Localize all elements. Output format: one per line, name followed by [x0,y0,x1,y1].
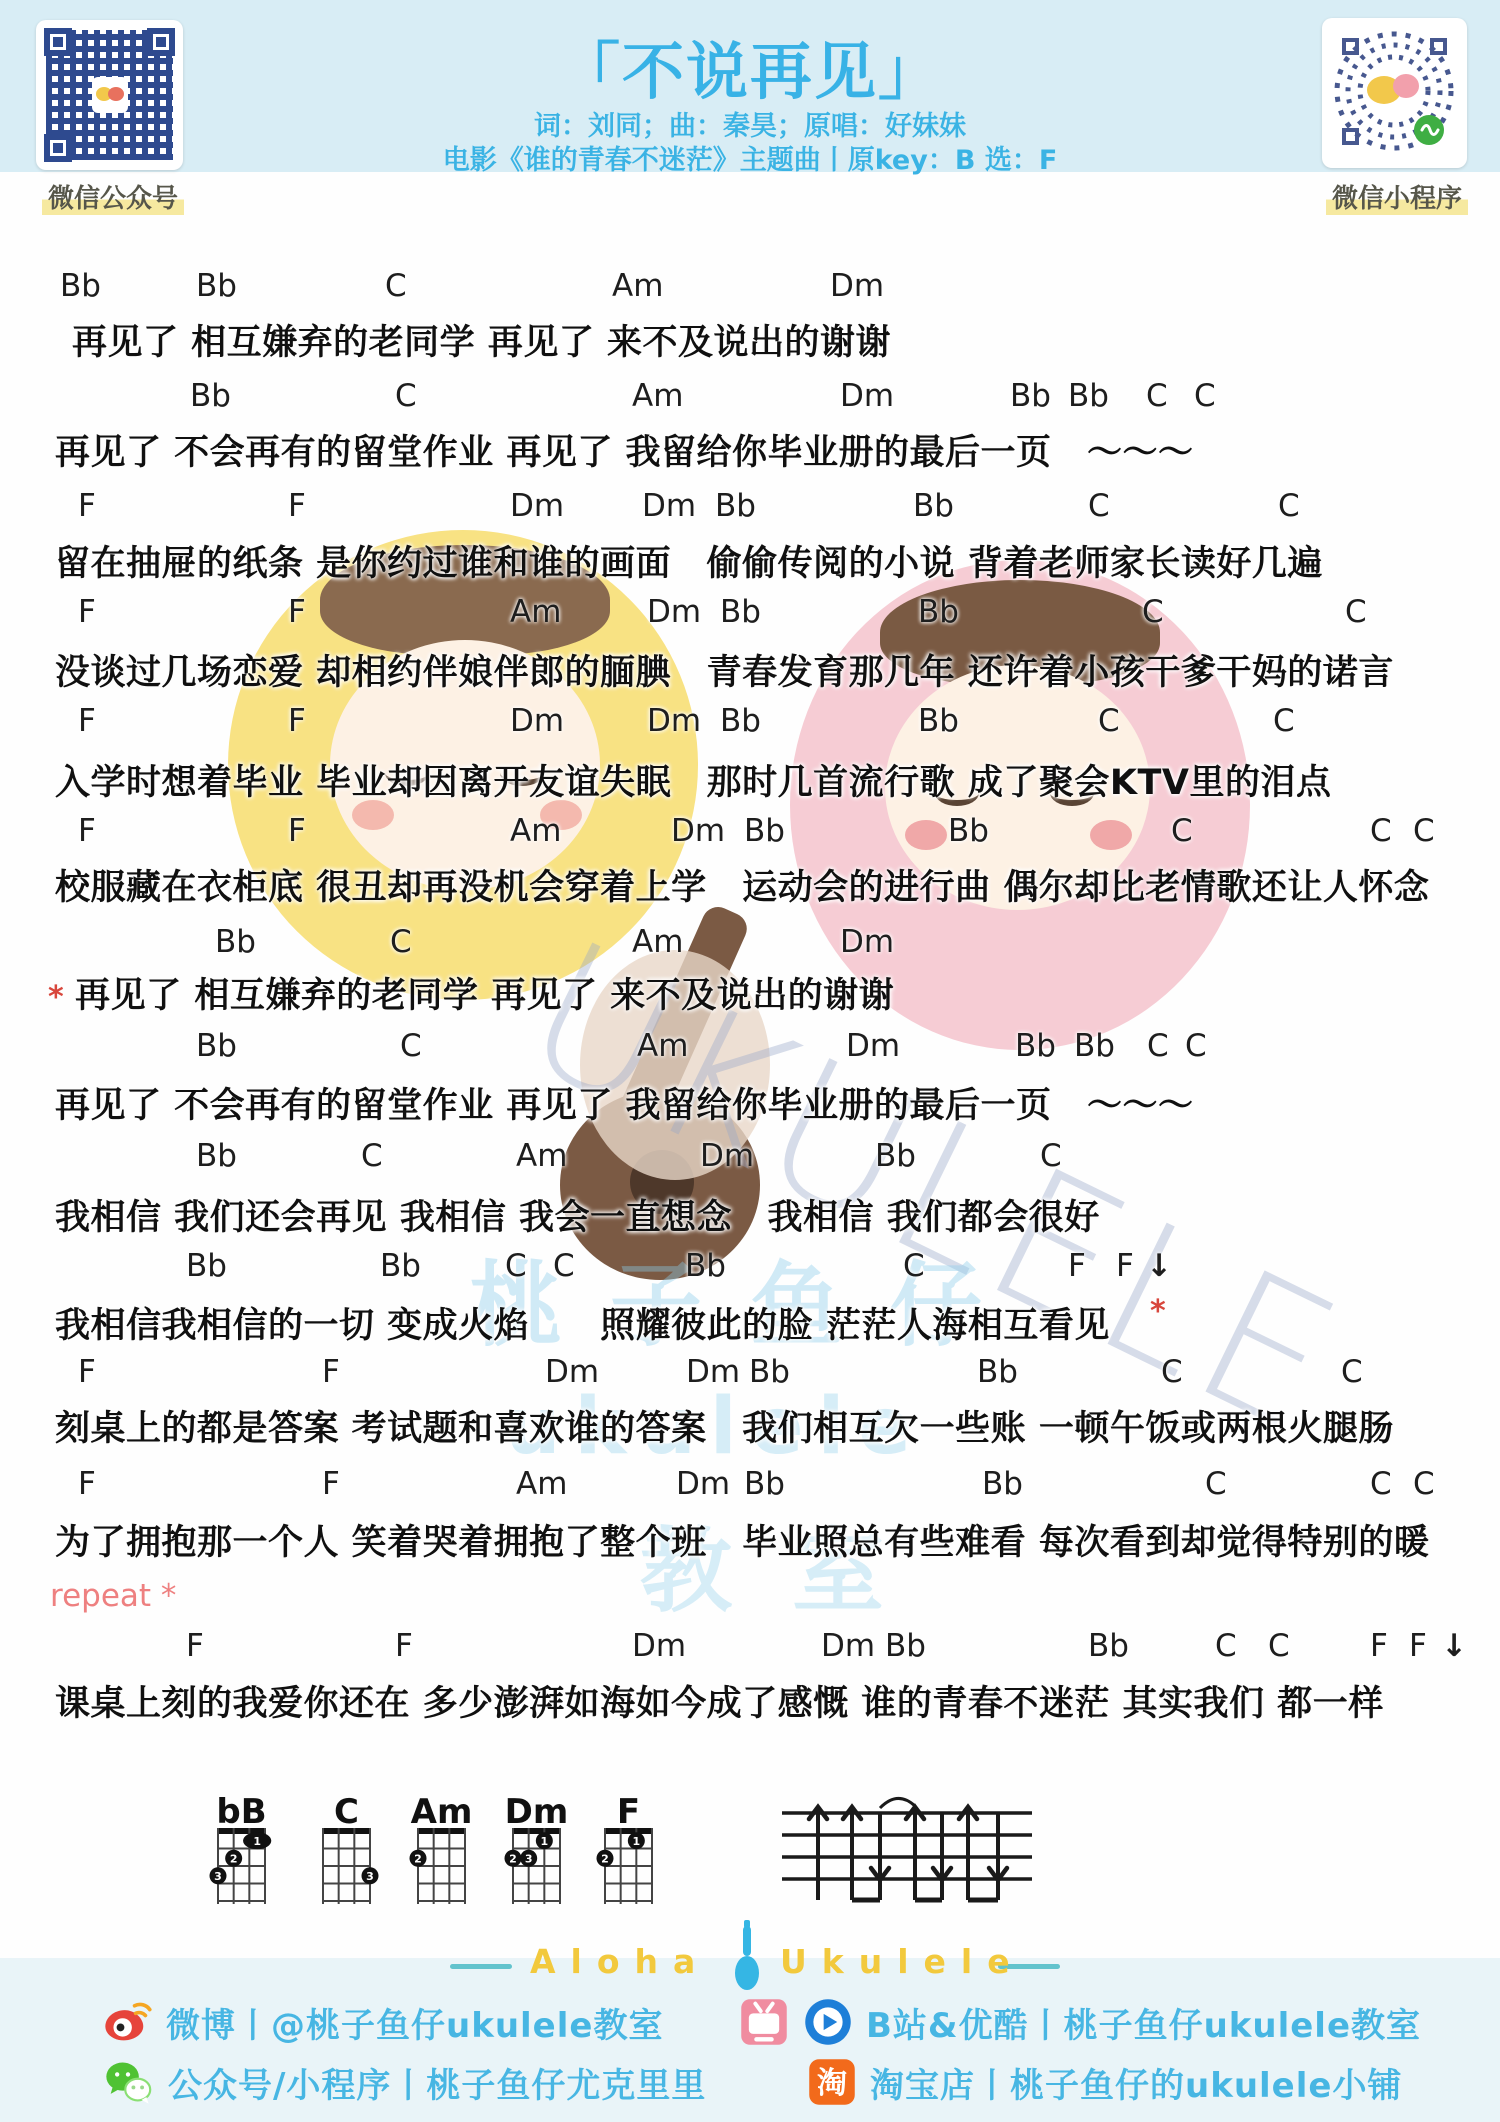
chord-label: F [1116,1248,1134,1284]
chord-label: Dm [840,378,894,414]
chord-label: Am [516,1138,567,1174]
chord-label: Bb [685,1248,726,1284]
repeat-star-icon: * [1150,1294,1166,1329]
chord-label: F [1370,1628,1388,1664]
chord-label: C [1370,813,1392,849]
chord-chart-grid: 123 [501,1822,572,1918]
chord-chart-grid: 12 [593,1822,664,1918]
chord-label: Bb [196,1028,237,1064]
chord-label: Am [632,378,683,414]
chord-label: Am [612,268,663,304]
repeat-marker: repeat * [50,1578,176,1614]
chord-label: C [505,1248,527,1284]
chord-label: Bb [1088,1628,1129,1664]
chord-label: F [78,488,96,524]
chord-label: Dm [846,1028,900,1064]
chord-label: C [1146,378,1168,414]
chord-label: Am [632,924,683,960]
chord-label: Bb [60,268,101,304]
chord-label: C [1273,703,1295,739]
chord-label: C [1161,1354,1183,1390]
chord-label: Bb [715,488,756,524]
lyric-line: 留在抽屉的纸条 是你约过谁和谁的画面 偷偷传阅的小说 背着老师家长读好几遍 [55,536,1323,586]
footer-item-taobao[interactable]: 淘 淘宝店丨桃子鱼仔的ukulele小铺 [806,2056,1402,2108]
chord-label: Dm [821,1628,875,1664]
chord-label: Bb [913,488,954,524]
svg-text:2: 2 [230,1852,238,1865]
chord-label: C [1205,1466,1227,1502]
lyric-line: 我相信 我们还会再见 我相信 我会一直想念 我相信 我们都会很好 [55,1190,1100,1240]
chord-label: C [1278,488,1300,524]
chord-label: C [1413,813,1435,849]
lyric-line: 校服藏在衣柜底 很丑却再没机会穿着上学 运动会的进行曲 偶尔却比老情歌还让人怀念 [55,860,1429,910]
chord-label: F [186,1628,204,1664]
chord-label: Bb [749,1354,790,1390]
chord-label: Bb [977,1354,1018,1390]
lyric-line: 刻桌上的都是答案 考试题和喜欢谁的答案 我们相互欠一些账 一顿午饭或两根火腿肠 [55,1401,1394,1451]
bilibili-icon [738,1996,790,2048]
chord-label: F [288,813,306,849]
svg-text:2: 2 [509,1852,517,1865]
lyric-line: 再见了 相互嫌弃的老同学 再见了 来不及说出的谢谢 [72,315,891,365]
chord-label: Bb [982,1466,1023,1502]
chord-label: Dm [510,703,564,739]
chord-label: F [78,1466,96,1502]
chord-label: Am [510,813,561,849]
chord-label: C [361,1138,383,1174]
chord-label: Bb [918,703,959,739]
chord-label: C [1215,1628,1237,1664]
chord-label: Dm [676,1466,730,1502]
chord-label: C [1040,1138,1062,1174]
chord-label: Am [510,594,561,630]
chord-label: Bb [744,813,785,849]
weibo-icon [100,1996,154,2048]
repeat-star-icon: * [48,980,75,1015]
chord-label: F [322,1466,340,1502]
svg-text:1: 1 [541,1835,549,1848]
chord-label: Bb [1068,378,1109,414]
chord-label: Bb [190,378,231,414]
chord-sheet-page: UKULELE 桃子鱼仔 ukulele 教室 「不说再见」 词：刘同；曲：秦昊… [0,0,1500,2122]
lyric-line: 再见了 不会再有的留堂作业 再见了 我留给你毕业册的最后一页 ～～～ [55,425,1194,475]
lyric-line: 入学时想着毕业 毕业却因离开友谊失眠 那时几首流行歌 成了聚会KTV里的泪点 [55,755,1331,805]
chord-chart-grid: 123 [206,1822,277,1918]
chord-label: C [400,1028,422,1064]
chord-chart-grid: 2 [406,1822,477,1918]
chord-label: Bb [1015,1028,1056,1064]
footer-item-bilibili-youku[interactable]: B站&优酷丨桃子鱼仔ukulele教室 [738,1996,1421,2048]
chord-label: Bb [1074,1028,1115,1064]
chord-label: Bb [720,703,761,739]
chord-label: C [1088,488,1110,524]
chord-label: F [322,1354,340,1390]
chord-label: Dm [830,268,884,304]
lyric-line: * 再见了 相互嫌弃的老同学 再见了 来不及说出的谢谢 [48,968,894,1018]
chord-label: Dm [632,1628,686,1664]
chord-label: Dm [647,594,701,630]
chord-label: C [903,1248,925,1284]
chord-label: Bb [196,1138,237,1174]
lyric-line: 为了拥抱那一个人 笑着哭着拥抱了整个班 毕业照总有些难看 每次看到却觉得特别的暖 [55,1515,1429,1565]
chord-label: Bb [875,1138,916,1174]
chord-label: Dm [545,1354,599,1390]
youku-play-icon [802,1996,854,2048]
ukulele-icon [733,1918,761,1994]
chord-label: C [390,924,412,960]
chord-label: C [1413,1466,1435,1502]
chord-label: C [1268,1628,1290,1664]
chord-label: Bb [885,1628,926,1664]
chord-label: C [1345,594,1367,630]
chord-label: Dm [840,924,894,960]
chord-label: C [1098,703,1120,739]
chord-label: C [1370,1466,1392,1502]
chord-label: Bb [918,594,959,630]
lyric-line: 再见了 不会再有的留堂作业 再见了 我留给你毕业册的最后一页 ～～～ [55,1078,1194,1128]
svg-text:2: 2 [601,1852,609,1865]
chord-label: Dm [686,1354,740,1390]
svg-text:3: 3 [214,1870,222,1883]
chord-chart-grid: 3 [311,1822,382,1918]
lyric-line: 没谈过几场恋爱 却相约伴娘伴郎的腼腆 青春发育那几年 还许着小孩干爹干妈的诺言 [55,645,1394,695]
chord-label: F [1409,1628,1427,1664]
chord-label: C [395,378,417,414]
chord-label: C [1171,813,1193,849]
chord-label: C [1185,1028,1207,1064]
chord-label: Am [516,1466,567,1502]
svg-text:3: 3 [525,1852,533,1865]
strum-down-arrow: ↓ [1146,1248,1172,1284]
wechat-icon [100,2056,156,2108]
chord-label: F [288,488,306,524]
svg-text:2: 2 [414,1852,422,1865]
chord-label: Dm [642,488,696,524]
chord-label: F [78,703,96,739]
chord-label: C [385,268,407,304]
chord-label: F [78,1354,96,1390]
chord-label: Bb [380,1248,421,1284]
svg-text:1: 1 [633,1835,641,1848]
chord-label: Dm [671,813,725,849]
chord-label: Bb [215,924,256,960]
footer-item-weibo[interactable]: 微博丨@桃子鱼仔ukulele教室 [100,1996,663,2048]
chord-label: F [78,594,96,630]
chord-label: C [1142,594,1164,630]
taobao-icon: 淘 [806,2056,858,2108]
chord-label: Bb [1010,378,1051,414]
footer-item-text: 淘宝店丨桃子鱼仔的ukulele小铺 [870,2058,1402,2107]
chord-label: Dm [647,703,701,739]
chord-label: Bb [720,594,761,630]
svg-text:1: 1 [253,1835,261,1848]
chord-label: Dm [510,488,564,524]
chord-label: Am [637,1028,688,1064]
chord-label: Bb [948,813,989,849]
chord-label: C [1147,1028,1169,1064]
chord-label: Dm [700,1138,754,1174]
chord-label: F [288,703,306,739]
chord-label: Bb [744,1466,785,1502]
strum-down-arrow: ↓ [1441,1628,1467,1664]
footer-item-text: B站&优酷丨桃子鱼仔ukulele教室 [866,1998,1421,2047]
footer-item-text: 公众号/小程序丨桃子鱼仔尤克里里 [168,2058,706,2107]
lyric-line: 课桌上刻的我爱你还在 多少澎湃如海如今成了感慨 谁的青春不迷茫 其实我们 都一样 [55,1676,1384,1726]
chord-label: F [288,594,306,630]
svg-text:3: 3 [366,1870,374,1883]
chord-label: C [1194,378,1216,414]
lyric-line: 我相信我相信的一切 变成火焰 照耀彼此的脸 茫茫人海相互看见 [55,1298,1110,1348]
chord-label: F [1068,1248,1086,1284]
chord-label: Bb [186,1248,227,1284]
chord-label: Bb [196,268,237,304]
chord-label: C [553,1248,575,1284]
strum-pattern [780,1788,1080,1922]
footer-item-text: 微博丨@桃子鱼仔ukulele教室 [166,1998,663,2047]
footer-item-wechat[interactable]: 公众号/小程序丨桃子鱼仔尤克里里 [100,2056,706,2108]
chord-label: F [78,813,96,849]
chord-label: C [1341,1354,1363,1390]
chord-label: F [395,1628,413,1664]
svg-text:淘: 淘 [817,2066,847,2101]
